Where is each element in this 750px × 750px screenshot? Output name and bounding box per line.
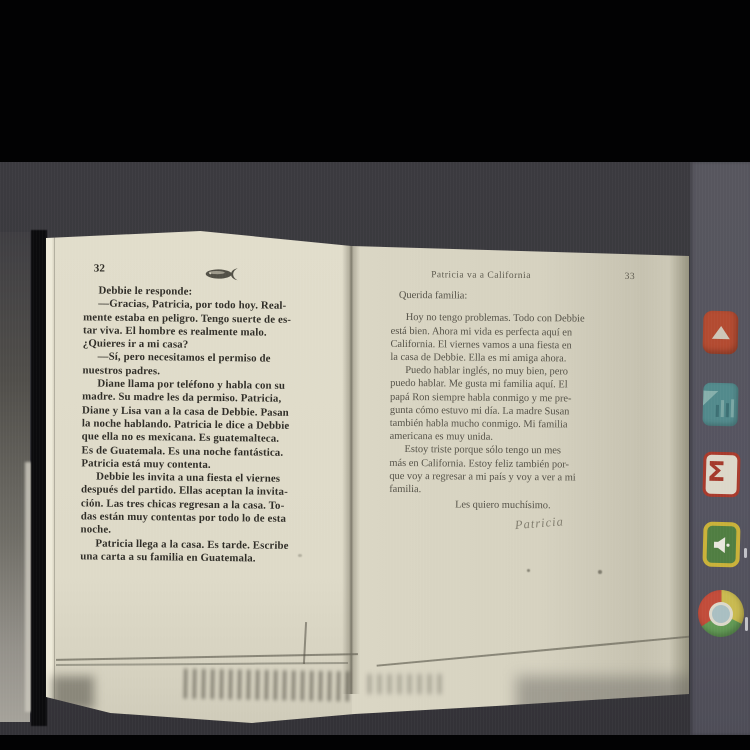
chrome-hub-icon xyxy=(709,601,734,626)
letter-signature: Patricia xyxy=(514,516,564,533)
gmail-app-icon[interactable]: Σ xyxy=(702,452,740,498)
paragraph: Hoy no tengo problemas. Todo con Debbie … xyxy=(390,311,648,366)
app-sidebar: Σ xyxy=(690,162,750,735)
chrome-browser-icon[interactable] xyxy=(697,589,744,637)
left-page-body: Debbie le responde: —Gracias, Patricia, … xyxy=(80,260,354,567)
stats-document-app-icon[interactable] xyxy=(702,383,738,427)
letter-closing: Les quiero muchísimo. xyxy=(389,498,647,513)
edge-indicator xyxy=(745,617,748,631)
paragraph: —Gracias, Patricia, por todo hoy. Real- … xyxy=(83,298,354,354)
bar-chart-icon xyxy=(716,399,734,417)
shadow-smudge xyxy=(516,676,696,720)
ink-smudge xyxy=(184,669,349,702)
letter-salutation: Querida familia: xyxy=(391,289,649,304)
shadow-gap xyxy=(31,230,47,726)
left-page-text: 32 Debbie le responde: —Gracias, Patrici… xyxy=(80,260,354,567)
fish-ornament-icon xyxy=(204,267,246,282)
triangle-app-icon[interactable] xyxy=(702,311,738,355)
paper-stain xyxy=(298,554,302,557)
paragraph: Patricia llega a la casa. Es tarde. Escr… xyxy=(80,537,350,567)
open-book: 32 Debbie le responde: —Gracias, Patrici… xyxy=(46,226,689,726)
sound-media-app-icon[interactable] xyxy=(702,522,740,568)
ink-smudge xyxy=(368,674,442,694)
paragraph: Puedo hablar inglés, no muy bien, pero p… xyxy=(390,364,649,445)
triangle-glyph-icon xyxy=(711,326,729,339)
paragraph: —Sí, pero necesitamos el permiso de nues… xyxy=(82,351,352,381)
right-page-body: Hoy no tengo problemas. Todo con Debbie … xyxy=(389,311,649,498)
speaker-icon xyxy=(712,536,730,552)
left-page-stack-edge xyxy=(46,232,54,702)
paragraph: Debbie les invita a una fiesta el vierne… xyxy=(80,471,351,541)
page-number-32: 32 xyxy=(94,262,105,275)
paragraph: Diane llama por teléfono y habla con su … xyxy=(81,377,352,473)
paper-stain xyxy=(527,569,530,572)
running-header: Patricia va a California 33 xyxy=(391,269,649,284)
page-number-33: 33 xyxy=(625,271,636,284)
right-page-text: Patricia va a California 33 Querida fami… xyxy=(389,269,649,533)
photo-of-book: 32 Debbie le responde: —Gracias, Patrici… xyxy=(0,162,750,735)
paper-stain xyxy=(598,570,602,574)
running-header-title: Patricia va a California xyxy=(431,269,531,283)
gmail-m-icon: Σ xyxy=(707,458,726,488)
ink-smudge xyxy=(52,676,94,710)
paragraph: Estoy triste porque sólo tengo un mes má… xyxy=(389,443,647,498)
edge-indicator xyxy=(744,548,747,558)
